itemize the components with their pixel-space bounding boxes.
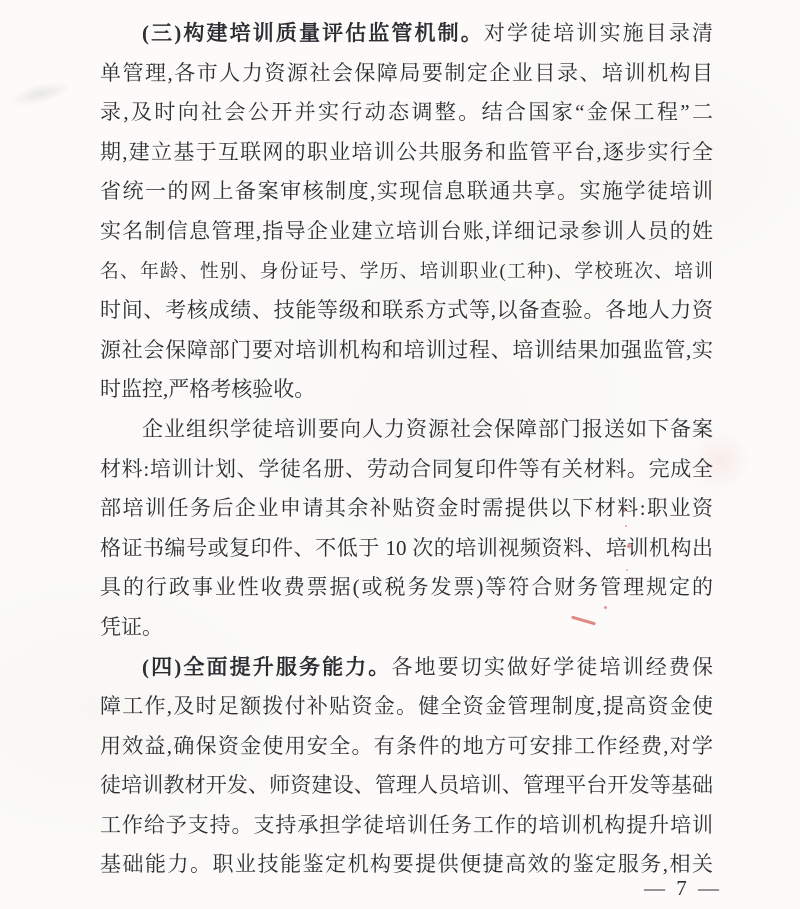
- text-line: (三)构建培训质量评估监管机制。对学徒培训实施目录清: [100, 14, 713, 54]
- text-line: 具的行政事业性收费票据(或税务发票)等符合财务管理规定的: [100, 568, 713, 608]
- text-line: 企业组织学徒培训要向人力资源社会保障部门报送如下备案: [100, 410, 713, 450]
- text-line: 材料:培训计划、学徒名册、劳动合同复印件等有关材料。完成全: [100, 450, 713, 490]
- text-line: (四)全面提升服务能力。各地要切实做好学徒培训经费保: [100, 648, 713, 688]
- text-line: 录,及时向社会公开并实行动态调整。结合国家“金保工程”二: [100, 93, 713, 133]
- text-line: 工作给予支持。支持承担学徒培训任务工作的培训机构提升培训: [100, 806, 713, 846]
- text-line: 省统一的网上备案审核制度,实现信息联通共享。实施学徒培训: [100, 172, 713, 212]
- page-number: — 7 —: [644, 876, 722, 901]
- text-line: 期,建立基于互联网的职业培训公共服务和监管平台,逐步实行全: [100, 133, 713, 173]
- text-line: 名、年龄、性别、身份证号、学历、培训职业(工种)、学校班次、培训: [100, 252, 713, 292]
- text-block: (三)构建培训质量评估监管机制。对学徒培训实施目录清 单管理,各市人力资源社会保…: [100, 14, 713, 885]
- section-heading: (三)构建培训质量评估监管机制。: [142, 21, 484, 45]
- text-line: 部培训任务后企业申请其余补贴资金时需提供以下材料:职业资: [100, 489, 713, 529]
- text-line: 用效益,确保资金使用安全。有条件的地方可安排工作经费,对学: [100, 727, 713, 767]
- text-line: 凭证。: [100, 608, 713, 648]
- text-line: 时监控,严格考核验收。: [100, 370, 713, 410]
- text-line: 格证书编号或复印件、不低于 10 次的培训视频资料、培训机构出: [100, 529, 713, 569]
- scanned-document-page: (三)构建培训质量评估监管机制。对学徒培训实施目录清 单管理,各市人力资源社会保…: [0, 0, 800, 909]
- text-line: 基础能力。职业技能鉴定机构要提供便捷高效的鉴定服务,相关: [100, 845, 713, 885]
- grey-smudge-artifact: [7, 77, 74, 112]
- text-line: 障工作,及时足额拨付补贴资金。健全资金管理制度,提高资金使: [100, 687, 713, 727]
- section-heading: (四)全面提升服务能力。: [142, 655, 391, 679]
- text-line: 实名制信息管理,指导企业建立培训台账,详细记录参训人员的姓: [100, 212, 713, 252]
- text-line: 徒培训教材开发、师资建设、管理人员培训、管理平台开发等基础: [100, 766, 713, 806]
- text-line: 源社会保障部门要对培训机构和培训过程、培训结果加强监管,实: [100, 331, 713, 371]
- text-line: 单管理,各市人力资源社会保障局要制定企业目录、培训机构目: [100, 54, 713, 94]
- text-line: 时间、考核成绩、技能等级和联系方式等,以备查验。各地人力资: [100, 291, 713, 331]
